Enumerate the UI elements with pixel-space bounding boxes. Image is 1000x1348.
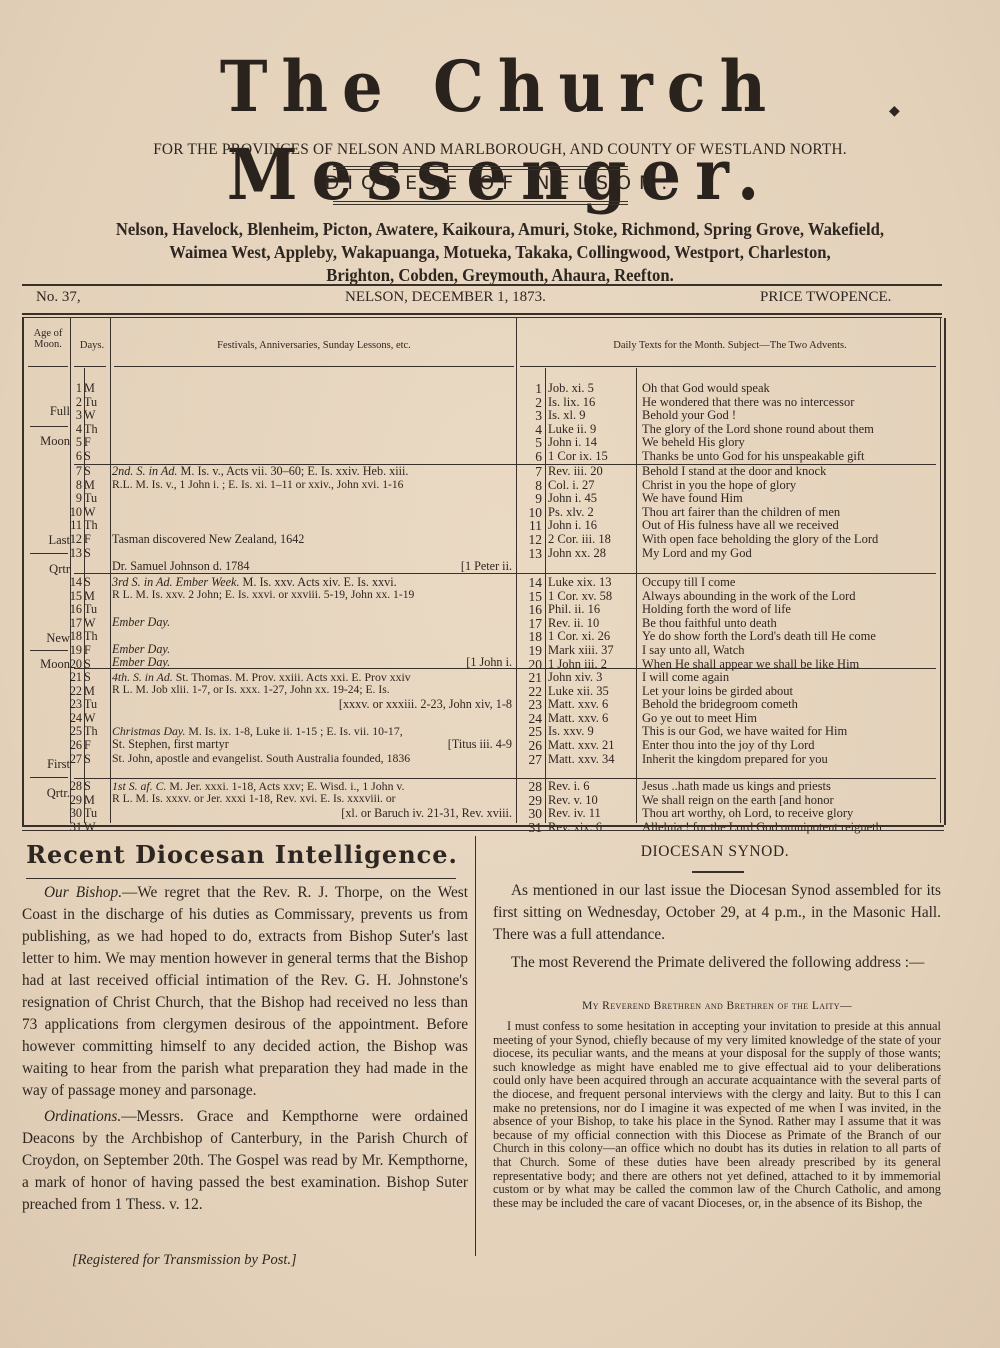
col-line <box>516 318 517 823</box>
daily-text: My Lord and my God <box>642 546 752 561</box>
festival-entry: Ember Day. <box>112 615 512 630</box>
parish-line: Nelson, Havelock, Blenheim, Picton, Awat… <box>25 218 975 241</box>
issue-place-date: NELSON, DECEMBER 1, 1873. <box>345 289 546 306</box>
section-title-synod: DIOCESAN SYNOD. <box>490 843 940 861</box>
col-line <box>636 368 637 823</box>
festival-entry: R L. M. Is. xxv. 2 John; E. Is. xxvi. or… <box>112 588 512 601</box>
section-rule <box>26 878 456 879</box>
col-line <box>545 368 546 823</box>
parish-line: Waimea West, Appleby, Wakapuanga, Motuek… <box>25 241 975 264</box>
scripture-reference: Matt. xxv. 34 <box>548 752 615 767</box>
diocese-rule-bottom <box>333 201 628 205</box>
day-number: 6 <box>60 449 82 464</box>
text-day-number: 13 <box>520 546 542 562</box>
header-days: Days. <box>74 340 110 351</box>
synod-column: As mentioned in our last issue the Dioce… <box>493 880 941 980</box>
paragraph-our-bishop: Our Bishop.—We regret that the Rev. R. J… <box>22 882 468 1102</box>
festival-entry: St. John, apostle and evangelist. South … <box>112 751 512 766</box>
festival-entry: R.L. M. Is. v., 1 John i. ; E. Is. xi. 1… <box>112 478 512 491</box>
col-line <box>110 318 111 823</box>
row-line <box>28 366 68 367</box>
calendar-table: Age of Moon. Days. Festivals, Anniversar… <box>22 318 946 825</box>
dateline-rule-bottom <box>22 313 942 315</box>
festival-entry: St. Stephen, first martyr[Titus iii. 4-9 <box>112 737 512 752</box>
row-line <box>74 366 106 367</box>
column-divider <box>475 836 476 1256</box>
day-name: S <box>84 546 91 561</box>
newspaper-page: The Church Messenger. ◆ FOR THE PROVINCE… <box>0 0 1000 1348</box>
table-rule-bottom <box>22 825 944 827</box>
header-age-of-moon: Age of Moon. <box>28 328 68 350</box>
diocese-heading: DIOCESE OF NELSON. <box>0 172 1000 194</box>
synod-paragraph: The most Reverend the Primate delivered … <box>493 952 941 974</box>
table-rule-bottom-thin <box>22 830 944 831</box>
moon-separator <box>30 777 68 778</box>
festival-entry: Tasman discovered New Zealand, 1642 <box>112 532 512 547</box>
text-day-number: 6 <box>520 449 542 465</box>
day-number: 31 <box>60 820 82 835</box>
festival-entry: Dr. Samuel Johnson d. 1784[1 Peter ii. <box>112 559 512 574</box>
masthead-subtitle: FOR THE PROVINCES OF NELSON AND MARLBORO… <box>20 141 980 159</box>
synod-rule <box>692 871 744 873</box>
row-line <box>520 366 936 367</box>
text-day-number: 27 <box>520 752 542 768</box>
day-number: 27 <box>60 752 82 767</box>
address-paragraph: I must confess to some hesitation in acc… <box>493 1020 941 1210</box>
scripture-reference: Rev. xix. 6 <box>548 820 602 835</box>
dateline-rule-top <box>22 284 942 286</box>
diamond-ornament-icon: ◆ <box>889 103 900 120</box>
issue-price: PRICE TWOPENCE. <box>760 289 891 306</box>
festival-entry: R L. M. Is. xxxv. or Jer. xxxi 1-18, Rev… <box>112 792 512 805</box>
daily-text: Alleluia ! for the Lord God omnipotent r… <box>642 820 882 835</box>
festival-entry: 2nd. S. in Ad. M. Is. v., Acts vii. 30–6… <box>112 464 512 479</box>
paragraph-ordinations: Ordinations.—Messrs. Grace and Kempthorn… <box>22 1106 468 1216</box>
col-line <box>940 318 941 823</box>
daily-text: Thanks be unto God for his unspeakable g… <box>642 449 865 464</box>
scripture-reference: John xx. 28 <box>548 546 606 561</box>
scripture-reference: 1 Cor ix. 15 <box>548 449 608 464</box>
diocese-rule-top <box>333 166 628 170</box>
parish-list: Nelson, Havelock, Blenheim, Picton, Awat… <box>25 218 975 287</box>
day-name: S <box>84 752 91 767</box>
intelligence-column: Our Bishop.—We regret that the Rev. R. J… <box>22 882 468 1216</box>
section-title-intelligence: Recent Diocesan Intelligence. <box>22 840 462 869</box>
day-number: 13 <box>60 546 82 561</box>
festival-entry: R L. M. Job xlii. 1-7, or Is. xxx. 1-27,… <box>112 683 512 696</box>
synod-paragraph: As mentioned in our last issue the Dioce… <box>493 880 941 946</box>
daily-text: Inherit the kingdom prepared for you <box>642 752 828 767</box>
primate-address: I must confess to some hesitation in acc… <box>493 1020 941 1210</box>
text-day-number: 31 <box>520 820 542 836</box>
row-line <box>114 366 514 367</box>
address-salutation: My Reverend Brethren and Brethren of the… <box>493 1000 941 1012</box>
day-name: W <box>84 820 96 835</box>
header-festivals: Festivals, Anniversaries, Sunday Lessons… <box>114 340 514 351</box>
registered-notice: [Registered for Transmission by Post.] <box>72 1252 297 1269</box>
issue-number: No. 37, <box>36 289 81 306</box>
header-daily-texts: Daily Texts for the Month. Subject—The T… <box>520 340 940 351</box>
day-name: S <box>84 449 91 464</box>
festival-entry: Ember Day.[1 John i. <box>112 655 512 670</box>
